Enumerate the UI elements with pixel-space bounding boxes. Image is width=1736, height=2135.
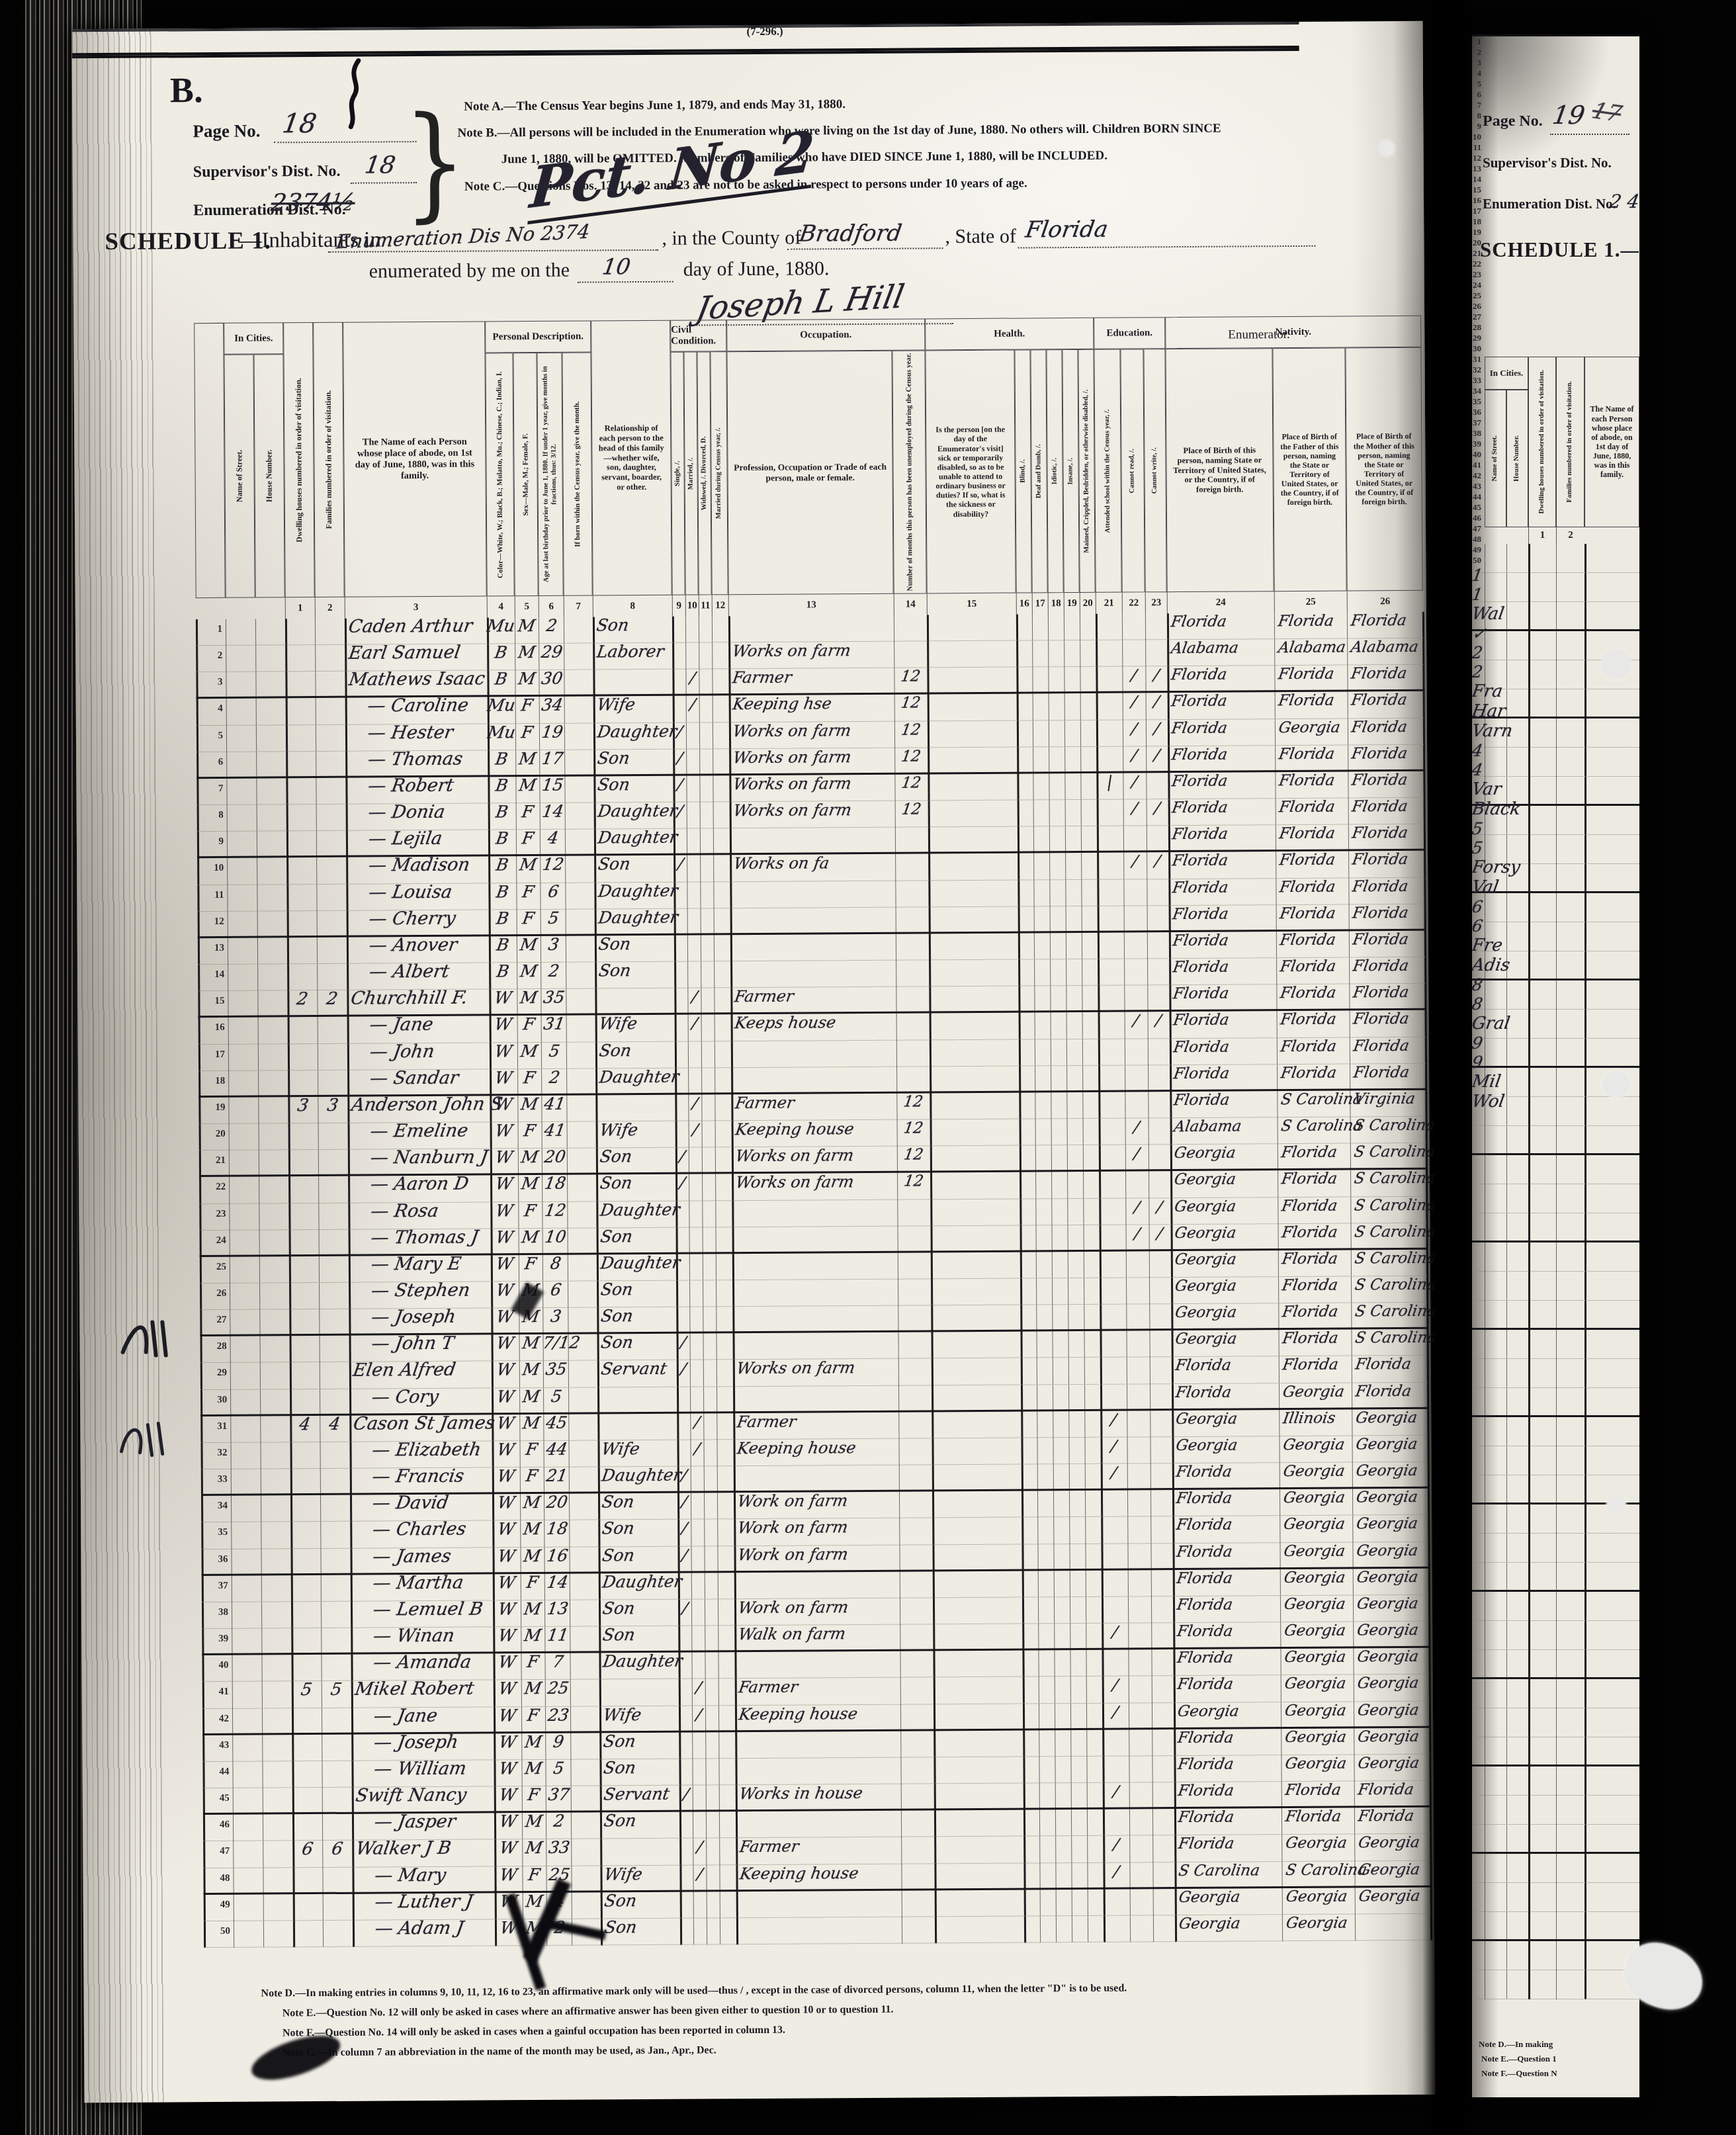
cell-mother_birthplace: Florida	[1351, 953, 1433, 980]
cell-birthplace: Florida	[1171, 927, 1284, 954]
rp-cell-name: Val	[1472, 877, 1524, 897]
cell-occupation: Works on farm	[734, 1168, 906, 1196]
cell-occupation: Farmer	[733, 1088, 906, 1116]
rp-cell-family: 1	[1472, 585, 1639, 604]
cell-birthplace: Florida	[1176, 1777, 1289, 1804]
column-header-sick: Is the person [on the day of the Enumera…	[925, 350, 1016, 594]
column-header-label: Color—White, W.; Black, B.; Mulatto, Mu.…	[495, 371, 505, 578]
cell-age: 3	[541, 1303, 571, 1330]
cell-cannot_write_mark: /	[1143, 662, 1169, 688]
column-header-born: If born within the Census year, give the…	[562, 352, 592, 595]
cell-birthplace: Florida	[1174, 1352, 1287, 1379]
column-number: 13	[728, 594, 894, 617]
cell-single_mark: /	[671, 771, 689, 798]
cell-color: W	[488, 1065, 519, 1091]
cell-name: Swift Nancy	[354, 1782, 503, 1809]
rp-top-rule	[1472, 34, 1639, 36]
rp-row-number: 28	[1472, 322, 1481, 333]
cell-birthplace: Georgia	[1173, 1299, 1286, 1326]
rp-cell-name: Har	[1472, 701, 1524, 721]
cell-married_mark: /	[685, 984, 703, 1010]
cell-name: Earl Samuel	[347, 640, 496, 667]
rp-row-number: 16	[1472, 195, 1481, 206]
rp-column-header-house: House Number.	[1506, 390, 1528, 527]
cell-father_birthplace: S Carolina	[1279, 1086, 1357, 1113]
rp-row-50	[1472, 1970, 1639, 1999]
punch-hole	[1379, 140, 1395, 156]
cell-married_mark: /	[689, 1435, 707, 1461]
row-number: 18	[200, 1076, 225, 1086]
cell-father_birthplace: Florida	[1276, 607, 1354, 634]
rp-row-47	[1472, 1883, 1639, 1912]
rp-column-number: 2	[1556, 527, 1584, 544]
cell-birthplace: Georgia	[1174, 1432, 1287, 1459]
column-header-label: Families numbered in order of visitation…	[324, 390, 333, 529]
cell-age: 15	[537, 772, 568, 799]
cell-father_birthplace: Florida	[1278, 820, 1356, 848]
column-number: 2	[315, 597, 345, 619]
cell-cannot_write_mark: /	[1144, 742, 1170, 768]
column-header-label: The Name of each Person whose place of a…	[344, 436, 485, 482]
cell-color: W	[491, 1622, 523, 1649]
column-number: 21	[1096, 593, 1122, 614]
cell-color: W	[488, 1012, 519, 1038]
cell-birthplace: Florida	[1172, 1086, 1285, 1113]
cell-birthplace: Florida	[1172, 1006, 1285, 1033]
cell-father_birthplace: Alabama	[1276, 634, 1354, 662]
cell-father_birthplace: Florida	[1279, 1006, 1357, 1033]
rp-row-number: 27	[1472, 312, 1481, 322]
cell-married_mark: /	[684, 691, 702, 718]
rp-row-21	[1472, 1126, 1639, 1155]
cell-single_mark: /	[677, 1781, 695, 1808]
cell-married_mark: /	[690, 1675, 708, 1701]
cell-father_birthplace: Florida	[1280, 1139, 1358, 1166]
cell-occupation: Work on farm	[736, 1540, 909, 1568]
cell-cannot_write_mark: /	[1147, 1220, 1173, 1246]
cell-age: 5	[541, 1383, 572, 1409]
cell-age: 31	[539, 1011, 570, 1037]
row-number: 25	[201, 1262, 226, 1272]
cell-color: W	[490, 1410, 521, 1436]
cell-color: B	[486, 825, 518, 851]
cell-birthplace: Florida	[1175, 1618, 1288, 1645]
cell-occupation: Work on farm	[736, 1487, 908, 1515]
column-group-nativity: Nativity.	[1165, 316, 1421, 349]
cell-school_mark: /	[1101, 1831, 1131, 1858]
cell-color: W	[488, 1198, 520, 1224]
rp-row-27	[1472, 1301, 1639, 1330]
column-group-civil: Civil Condition.	[670, 320, 726, 352]
column-header-label: Age at last birthday prior to June 1, 18…	[541, 353, 559, 595]
cell-sex: F	[514, 879, 542, 905]
cell-color: W	[492, 1755, 523, 1782]
cell-father_birthplace: Florida	[1278, 873, 1356, 900]
cell-birthplace: Florida	[1172, 1060, 1285, 1087]
cell-color: W	[490, 1383, 521, 1410]
rp-row-39	[1472, 1650, 1639, 1679]
cell-birthplace: Alabama	[1172, 1113, 1285, 1140]
cell-single_mark: /	[675, 1329, 693, 1356]
row-number: 16	[200, 1023, 225, 1033]
cell-birthplace: Georgia	[1177, 1910, 1290, 1937]
cell-cannot_write_mark: /	[1145, 795, 1170, 821]
rp-row-number: 32	[1472, 365, 1481, 375]
cell-age: 12	[538, 851, 568, 878]
cell-color: Mu	[486, 719, 517, 746]
cell-birthplace: Florida	[1171, 953, 1284, 980]
cell-relationship: Daughter	[601, 1648, 689, 1675]
cell-occupation: Works on farm	[731, 717, 904, 744]
cell-name: Walker J B	[354, 1835, 503, 1862]
cell-color: W	[491, 1596, 523, 1622]
row-number: 42	[204, 1714, 229, 1723]
cell-mother_birthplace: Florida	[1351, 979, 1433, 1006]
cell-months_unemployed: 12	[892, 717, 930, 743]
cell-father_birthplace: Georgia	[1283, 1671, 1361, 1698]
row-number: 30	[202, 1395, 227, 1405]
cell-mother_birthplace: Florida	[1350, 793, 1432, 820]
column-header-label: Married, /.	[687, 457, 695, 490]
row-number: 15	[199, 996, 224, 1006]
rp-row-number: 41	[1472, 460, 1481, 470]
cell-color: W	[490, 1516, 522, 1543]
cell-color: B	[486, 799, 518, 825]
cell-color: B	[487, 958, 519, 984]
row-number: 27	[201, 1315, 226, 1325]
cell-age: 18	[540, 1170, 570, 1197]
rp-row-number: 39	[1472, 439, 1481, 449]
column-header-label: Is the person [on the day of the Enumera…	[926, 425, 1015, 519]
row-number: 35	[202, 1528, 228, 1538]
cell-father_birthplace: Georgia	[1282, 1617, 1360, 1644]
cell-sex: F	[513, 719, 541, 746]
row-number: 34	[202, 1501, 228, 1511]
cell-color: W	[488, 1038, 519, 1065]
rp-row-28	[1472, 1330, 1639, 1359]
cell-color: W	[490, 1489, 522, 1516]
rp-row-number: 6	[1472, 89, 1481, 100]
cell-color: B	[486, 852, 518, 879]
cell-father_birthplace: Georgia	[1283, 1697, 1361, 1724]
cell-relationship: Laborer	[595, 638, 683, 666]
cell-age: 41	[540, 1117, 570, 1144]
rp-cell-dwelling: 8	[1472, 975, 1639, 994]
rp-cell-name: Fre	[1472, 936, 1524, 955]
rp-row-46	[1472, 1854, 1639, 1883]
cell-father_birthplace: Georgia	[1281, 1458, 1360, 1485]
row-number: 28	[202, 1342, 227, 1352]
cell-mother_birthplace: Florida	[1350, 767, 1432, 794]
rp-row-number: 47	[1472, 523, 1481, 534]
cell-months_unemployed: 12	[893, 796, 930, 822]
cell-occupation: Keeping house	[738, 1859, 910, 1887]
cell-birthplace: Georgia	[1173, 1219, 1286, 1246]
column-number: 17	[1032, 593, 1048, 614]
cell-mother_birthplace: Florida	[1350, 873, 1432, 900]
rp-row-number: 8	[1472, 110, 1481, 121]
cell-age: 3	[539, 932, 569, 958]
cell-birthplace: Alabama	[1169, 634, 1282, 662]
column-number: 18	[1048, 593, 1064, 614]
cell-mother_birthplace: Florida	[1349, 660, 1431, 687]
cell-mother_birthplace: Florida	[1349, 607, 1431, 634]
cell-age: 2	[537, 613, 567, 639]
rp-row-number: 46	[1472, 513, 1481, 523]
cell-school_mark: /	[1100, 1619, 1130, 1645]
census-row-50: 50— Adam JWM2SonGeorgiaGeorgia	[204, 1914, 1431, 1948]
cell-single_mark: /	[672, 798, 689, 824]
rp-column-header-label: Dwelling houses numbered in order of vis…	[1538, 370, 1546, 514]
row-number: 48	[204, 1873, 230, 1883]
cell-father_birthplace: Georgia	[1281, 1511, 1360, 1538]
cell-relationship: Son	[599, 1223, 687, 1250]
cell-birthplace: Florida	[1176, 1804, 1289, 1831]
cell-father_birthplace: Florida	[1280, 1245, 1358, 1272]
cell-age: 5	[539, 1037, 570, 1064]
row-number: 8	[198, 810, 224, 820]
row-number: 9	[198, 837, 224, 847]
column-header-idiotic: Idiotic, /.	[1046, 349, 1063, 593]
cell-age: 37	[544, 1782, 574, 1808]
rp-cell-name: Var	[1472, 779, 1524, 799]
cell-color: W	[492, 1835, 524, 1861]
cell-sex: M	[515, 1037, 543, 1064]
cell-sex: M	[517, 1410, 545, 1436]
cell-birthplace: Florida	[1169, 608, 1282, 635]
cell-father_birthplace: Florida	[1278, 953, 1356, 980]
cell-relationship: Daughter	[601, 1568, 689, 1595]
cell-color: W	[487, 984, 519, 1011]
cell-mother_birthplace: Florida	[1352, 1059, 1434, 1086]
row-number: 41	[204, 1687, 229, 1697]
cell-mother_birthplace: Virginia	[1352, 1086, 1434, 1113]
row-number: 50	[205, 1927, 230, 1937]
cell-age: 5	[543, 1755, 574, 1782]
rp-row-number: 31	[1472, 354, 1481, 365]
rp-row-number: 20	[1472, 238, 1481, 248]
cell-birthplace: Florida	[1170, 741, 1283, 768]
row-number: 38	[203, 1608, 228, 1618]
cell-occupation: Farmer	[737, 1673, 910, 1701]
column-header-label: Profession, Occupation or Trade of each …	[728, 462, 892, 484]
column-number: 7	[564, 595, 593, 617]
cell-mother_birthplace: Florida	[1350, 713, 1432, 740]
cell-birthplace: Florida	[1175, 1591, 1288, 1618]
rp-cell-dwelling: 4	[1472, 741, 1639, 760]
rp-row-48	[1472, 1912, 1639, 1941]
cell-mother_birthplace: Florida	[1351, 926, 1433, 953]
cell-father_birthplace: Florida	[1281, 1325, 1359, 1352]
column-header-mcy: Married during Census year, /.	[710, 351, 728, 595]
cell-occupation: Works on farm	[735, 1354, 908, 1382]
column-group-education: Education.	[1094, 317, 1165, 349]
column-header-relationship: Relationship of each person to the head …	[591, 320, 672, 596]
punch-hole	[1601, 648, 1631, 679]
row-number: 4	[198, 704, 223, 714]
cell-mother_birthplace: Florida	[1351, 899, 1433, 926]
cell-age: 14	[538, 799, 568, 825]
cell-father_birthplace: Georgia	[1281, 1431, 1360, 1458]
rp-row-number: 24	[1472, 280, 1481, 290]
cell-color: B	[487, 905, 519, 932]
row-number: 14	[199, 970, 224, 980]
cell-months_unemployed: 12	[895, 1168, 932, 1195]
cell-occupation: Work on farm	[736, 1514, 908, 1542]
cell-father_birthplace: Florida	[1283, 1804, 1362, 1831]
cell-birthplace: Florida	[1169, 661, 1282, 688]
cell-months_unemployed: 12	[894, 1088, 932, 1115]
cell-father_birthplace: Florida	[1280, 1219, 1358, 1246]
rp-row-42	[1472, 1737, 1639, 1766]
rp-row-35	[1472, 1534, 1639, 1563]
cell-birthplace: Georgia	[1174, 1325, 1287, 1352]
cell-color: W	[488, 1171, 520, 1198]
rp-row-number: 10	[1472, 132, 1481, 142]
cell-birthplace: Florida	[1176, 1751, 1289, 1778]
rp-row-24	[1472, 1213, 1639, 1242]
rp-row-22	[1472, 1155, 1639, 1184]
cell-age: 4	[538, 825, 568, 851]
cell-single_mark: /	[672, 851, 689, 877]
row-number: 5	[198, 731, 223, 741]
column-header-house: House Number.	[253, 354, 284, 597]
cell-sex: M	[519, 1729, 547, 1755]
column-number-blank	[71, 32, 132, 54]
column-header-label: Widowed, /. Divorced, D.	[700, 436, 709, 510]
cell-father_birthplace: Florida	[1278, 900, 1356, 927]
rp-cell-dwelling: 9	[1472, 1033, 1639, 1053]
column-number: 10	[685, 595, 699, 616]
column-number: 16	[1016, 593, 1032, 614]
rp-cell-family: 6	[1472, 916, 1639, 936]
cell-cannot_read_mark: /	[1123, 1141, 1150, 1167]
cell-age: 2	[539, 1064, 570, 1090]
cell-single_mark: /	[675, 1489, 693, 1515]
rp-row-number: 36	[1472, 407, 1481, 417]
rp-row-30	[1472, 1388, 1639, 1417]
cell-age: 44	[542, 1436, 572, 1463]
cell-cannot_write_mark: /	[1144, 689, 1170, 715]
column-header-label: Insane, /.	[1066, 458, 1075, 485]
rp-cell-name: Gral	[1472, 1014, 1524, 1033]
cell-age: 11	[542, 1622, 573, 1649]
cell-age: 21	[542, 1463, 572, 1489]
cell-color: B	[485, 639, 517, 666]
rp-column-number: 1	[1528, 527, 1556, 544]
cell-sex: F	[515, 1065, 543, 1091]
cell-mother_birthplace: Alabama	[1349, 634, 1431, 661]
cell-relationship: Daughter	[596, 824, 685, 851]
rp-row-32	[1472, 1446, 1639, 1475]
cell-color: W	[488, 1091, 519, 1117]
rp-column-header-dwelling: Dwelling houses numbered in order of vis…	[1528, 357, 1556, 527]
cell-color: W	[490, 1436, 522, 1463]
rp-column-header-label: Families numbered in order of visitation…	[1566, 381, 1574, 502]
row-number: 6	[198, 758, 223, 767]
rp-row-37	[1472, 1592, 1639, 1621]
cell-age: 7/12	[541, 1330, 572, 1356]
cell-occupation: Farmer	[738, 1833, 910, 1860]
cell-relationship: Daughter	[597, 1063, 686, 1090]
row-number: 26	[201, 1289, 226, 1299]
cell-birthplace: Florida	[1170, 688, 1283, 715]
cell-color: B	[486, 746, 517, 772]
cell-relationship: Daughter	[596, 877, 685, 904]
rp-row-number: 11	[1472, 142, 1481, 153]
rp-cell-family: 8	[1472, 994, 1639, 1014]
cell-father_birthplace: Georgia	[1283, 1750, 1361, 1777]
cell-father_birthplace: Florida	[1283, 1776, 1362, 1804]
cell-relationship: Son	[597, 957, 685, 984]
cell-color: W	[491, 1569, 523, 1596]
rp-row-number: 5	[1472, 79, 1481, 89]
rp-cell-family: ✓	[1472, 624, 1639, 643]
cell-father_birthplace: S Carolina	[1280, 1112, 1358, 1139]
cell-dwelling: 2	[285, 986, 319, 1012]
cell-school_mark: /	[1099, 1432, 1129, 1459]
cell-occupation: Keeping house	[737, 1700, 910, 1727]
cell-father_birthplace: Florida	[1278, 794, 1356, 821]
cell-age: 20	[542, 1489, 572, 1516]
column-header-label: Sex—Male, M.; Female, F.	[521, 433, 531, 516]
cell-birthplace: Florida	[1174, 1458, 1287, 1485]
cell-age: 34	[537, 692, 568, 719]
rp-column-header-label: House Number.	[1513, 435, 1521, 482]
cell-name: Caden Arthur	[347, 613, 496, 640]
rp-note-fragment: Note F.—Question N	[1481, 2068, 1637, 2079]
rp-cell-dwelling: 1	[1472, 566, 1639, 585]
cell-family: 6	[320, 1836, 354, 1862]
cell-father_birthplace: S Carolina	[1283, 1856, 1362, 1884]
cell-birthplace: Florida	[1170, 715, 1283, 742]
column-header-pom: Place of Birth of the Mother of this per…	[1345, 347, 1422, 591]
cell-birthplace: Florida	[1174, 1538, 1287, 1565]
rp-cell-name: Adis	[1472, 955, 1524, 975]
cell-father_birthplace: Florida	[1278, 980, 1356, 1007]
cell-birthplace: Florida	[1176, 1830, 1289, 1857]
column-number: 15	[927, 593, 1016, 615]
column-number: 12	[712, 595, 728, 616]
cell-birthplace: Florida	[1170, 848, 1283, 875]
cell-age: 9	[543, 1728, 574, 1755]
rp-row-number: 23	[1472, 269, 1481, 280]
rp-row-number: 1	[1472, 36, 1481, 47]
column-number: 14	[894, 593, 927, 615]
rp-note-fragment: Note E.—Question 1	[1481, 2054, 1637, 2064]
cell-relationship: Son	[597, 931, 685, 958]
cell-age: 30	[537, 666, 567, 692]
column-header-months: Number of months this person has been un…	[892, 350, 926, 593]
cell-color: B	[486, 772, 517, 799]
cell-relationship: Son	[601, 1754, 690, 1781]
rp-cell-name: Varn	[1472, 721, 1524, 741]
cell-name: Churchhill F.	[349, 985, 498, 1012]
cell-age: 29	[537, 639, 567, 666]
cell-relationship: Daughter	[598, 1196, 687, 1223]
row-number: 45	[204, 1794, 230, 1804]
row-number: 2	[197, 651, 222, 661]
column-header-label: Married during Census year, /.	[715, 427, 723, 519]
cell-age: 14	[542, 1569, 573, 1595]
column-header-pof: Place of Birth of the Father of this per…	[1272, 348, 1346, 592]
column-header-label: Name of Street.	[235, 450, 245, 503]
cell-relationship: Wife	[595, 691, 684, 719]
row-number: 20	[200, 1129, 226, 1139]
row-number: 31	[202, 1422, 227, 1432]
column-header-family: Families numbered in order of visitation…	[313, 322, 345, 597]
column-header-name: The Name of each Person whose place of a…	[343, 321, 487, 597]
